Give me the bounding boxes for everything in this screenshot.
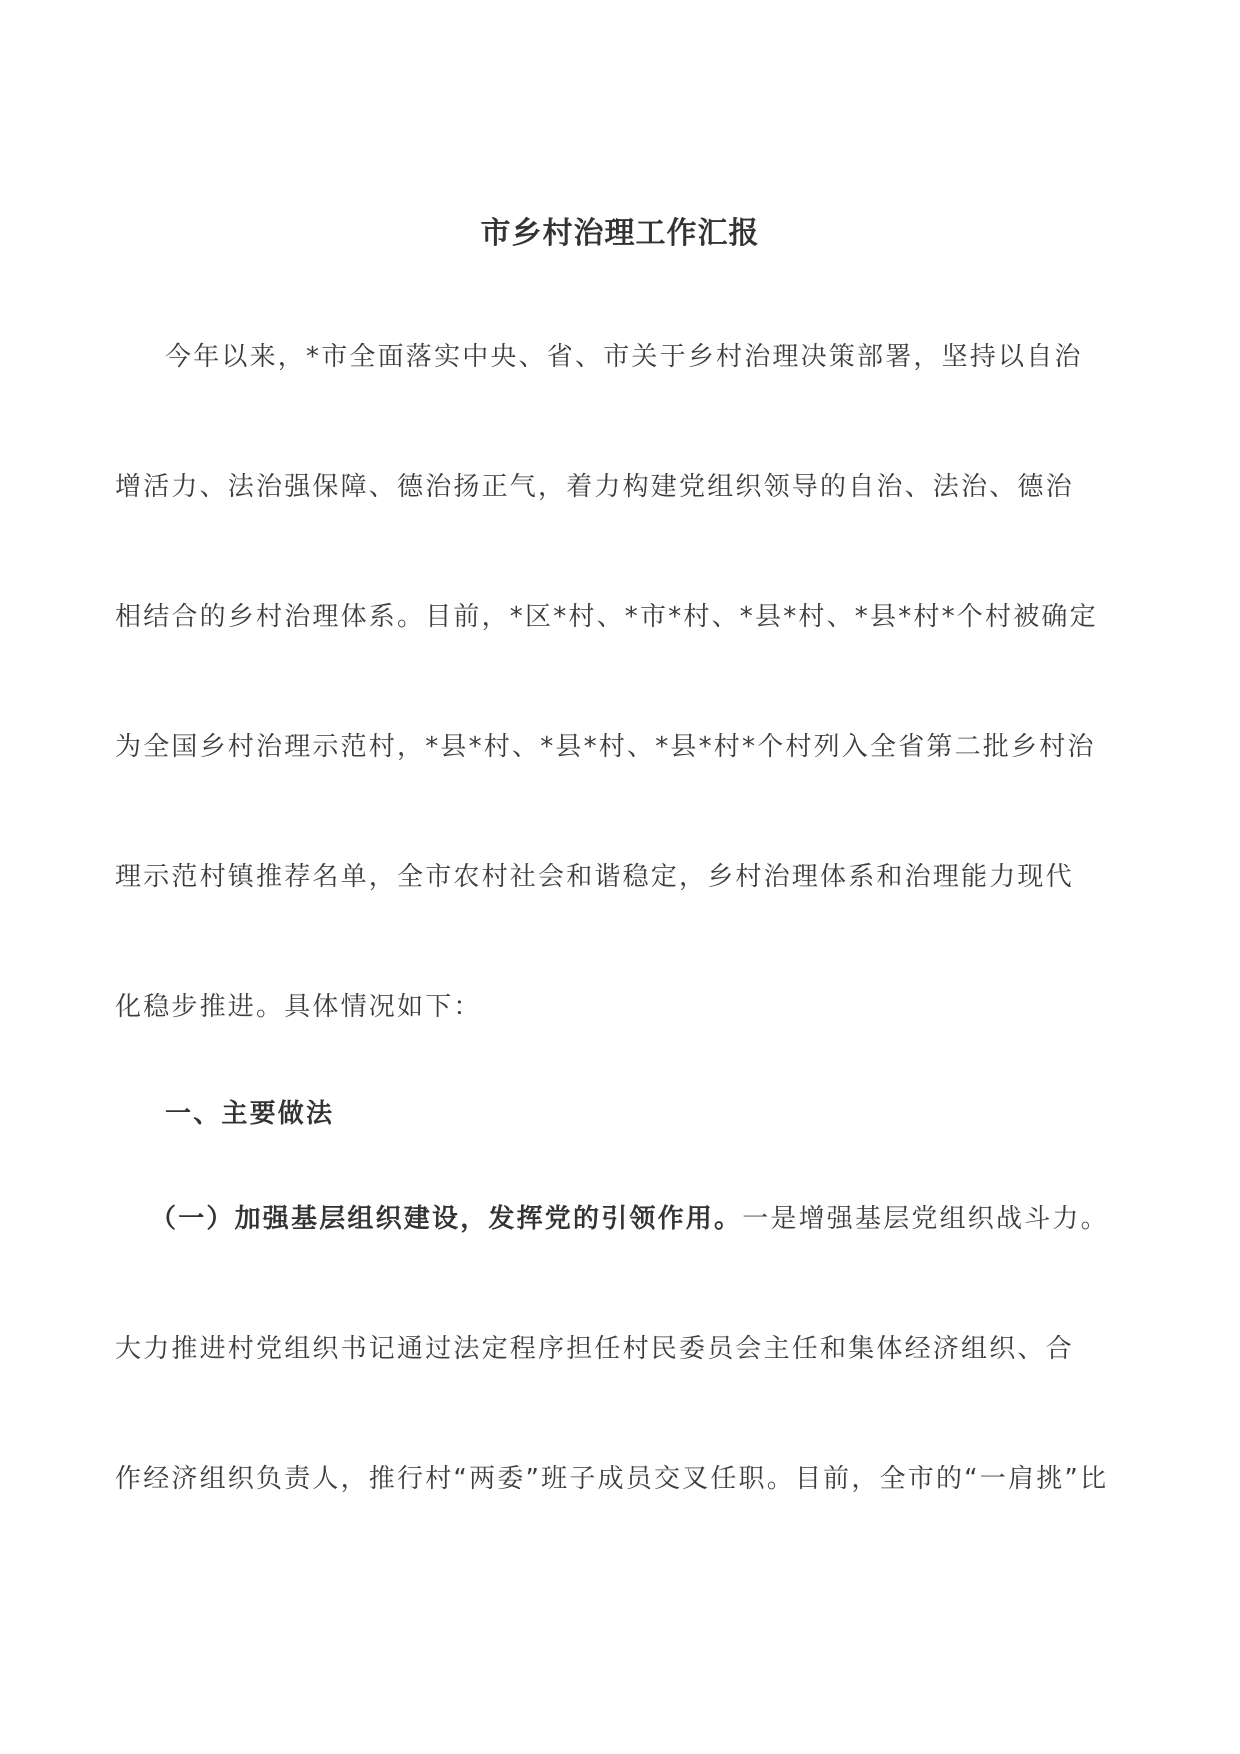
subsection-lead-line: （一）加强基层组织建设，发挥党的引领作用。一是增强基层党组织战斗力。	[150, 1198, 1109, 1235]
paragraph-line: 相结合的乡村治理体系。目前，*区*村、*市*村、*县*村、*县*村*个村被确定	[115, 596, 1098, 633]
paragraph-line: 作经济组织负责人，推行村“两委”班子成员交叉任职。目前，全市的“一肩挑”比	[115, 1458, 1108, 1495]
paragraph-line: 增活力、法治强保障、德治扬正气，着力构建党组织领导的自治、法治、德治	[115, 466, 1074, 503]
paragraph-line: 化稳步推进。具体情况如下：	[115, 986, 482, 1023]
paragraph-line: 为全国乡村治理示范村，*县*村、*县*村、*县*村*个村列入全省第二批乡村治	[115, 726, 1096, 763]
subsection-heading: （一）加强基层组织建设，发挥党的引领作用。	[150, 1204, 742, 1234]
paragraph-line: 理示范村镇推荐名单，全市农村社会和谐稳定，乡村治理体系和治理能力现代	[115, 856, 1074, 893]
paragraph-line: 大力推进村党组织书记通过法定程序担任村民委员会主任和集体经济组织、合	[115, 1328, 1074, 1365]
document-title: 市乡村治理工作汇报	[0, 208, 1240, 252]
subsection-lead-text: 一是增强基层党组织战斗力。	[742, 1204, 1109, 1234]
section-heading: 一、主要做法	[165, 1093, 334, 1130]
paragraph-line: 今年以来，*市全面落实中央、省、市关于乡村治理决策部署，坚持以自治	[165, 336, 1083, 373]
